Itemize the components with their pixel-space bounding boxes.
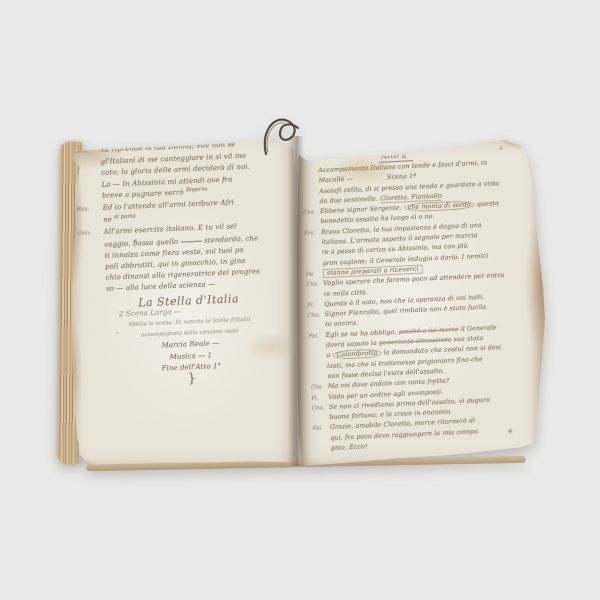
speaker-abbrev <box>305 265 322 266</box>
speaker-abbrev <box>76 198 102 199</box>
speaker-abbrev <box>302 193 319 194</box>
speaker-abbrev <box>76 186 102 187</box>
speaker-abbrev <box>314 450 331 451</box>
speaker-abbrev <box>310 368 327 369</box>
speaker-abbrev <box>303 203 320 204</box>
speaker-abbrev <box>308 327 325 328</box>
speaker-abbrev <box>80 291 106 292</box>
binding-thread <box>258 112 316 158</box>
speaker-abbrev <box>75 164 101 165</box>
open-manuscript-book: Gen.Va riprende la tua Donna; vile non s… <box>0 0 600 600</box>
speaker-abbrev <box>307 296 324 297</box>
speaker-abbrev <box>79 269 105 270</box>
speaker-abbrev <box>313 440 330 441</box>
page-number: 4 <box>499 145 503 152</box>
speaker-abbrev <box>305 255 322 256</box>
speaker-abbrev <box>78 246 104 247</box>
right-page-text: Accampamento Italiano con tende e fasci … <box>301 156 552 455</box>
speaker-abbrev <box>302 183 319 184</box>
act-title: Atto 2° <box>379 150 414 163</box>
speaker-abbrev <box>310 357 327 358</box>
speaker-abbrev <box>301 172 318 173</box>
left-page: Gen.Va riprende la tua Donna; vile non s… <box>66 128 298 470</box>
left-page-text: Gen.Va riprende la tua Donna; vile non s… <box>74 137 300 389</box>
speaker-abbrev <box>311 378 328 379</box>
speaker-abbrev <box>305 244 322 245</box>
speaker-abbrev <box>75 175 101 176</box>
speaker-abbrev <box>312 419 329 420</box>
speaker-abbrev <box>304 224 321 225</box>
speaker-abbrev <box>80 280 106 281</box>
right-page: Atto 2° 4 Accampamento Italiano con tend… <box>297 133 545 468</box>
speaker-abbrev <box>93 316 119 317</box>
photo-background: Gen.Va riprende la tua Donna; vile non s… <box>0 0 600 600</box>
speaker-abbrev <box>77 222 103 223</box>
speaker-abbrev <box>309 347 326 348</box>
speaker-abbrev <box>79 258 105 259</box>
